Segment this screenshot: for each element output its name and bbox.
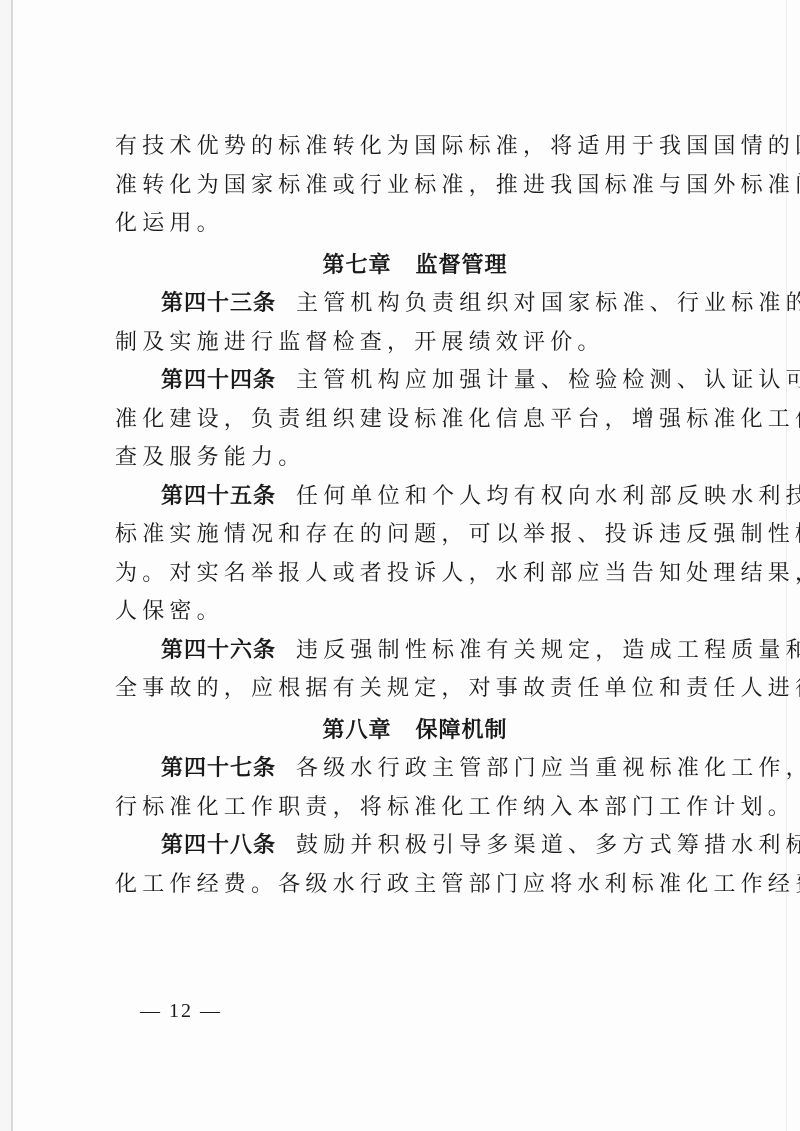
article-first-line: 第四十六条违反强制性标准有关规定，造成工程质量和安 [115, 632, 715, 671]
article-text: 各级水行政主管部门应当重视标准化工作，履 [296, 756, 800, 781]
article-number: 第四十五条 [161, 484, 276, 509]
article-line: 化工作经费。各级水行政主管部门应将水利标准化工作经费纳入 [115, 866, 715, 905]
page-number: — 12 — [140, 1000, 222, 1023]
article-line: 查及服务能力。 [115, 439, 715, 478]
chapter-number: 第七章 [322, 253, 391, 278]
chapter-title: 保障机制 [416, 718, 508, 743]
article-line: 为。对实名举报人或者投诉人，水利部应当告知处理结果，为举报 [115, 555, 715, 594]
article-first-line: 第四十四条主管机构应加强计量、检验检测、认证认可的标 [115, 362, 715, 401]
chapter-heading: 第七章监督管理 [115, 247, 715, 286]
chapter-heading: 第八章保障机制 [115, 712, 715, 751]
scan-margin [0, 0, 11, 1131]
paragraph-line: 有技术优势的标准转化为国际标准，将适用于我国国情的国际标 [115, 128, 715, 167]
page-left-edge [11, 0, 13, 1131]
article-number: 第四十四条 [161, 368, 276, 393]
article-text: 违反强制性标准有关规定，造成工程质量和安 [296, 638, 800, 663]
article-line: 标准实施情况和存在的问题，可以举报、投诉违反强制性标准的行 [115, 516, 715, 555]
article-line: 行标准化工作职责，将标准化工作纳入本部门工作计划。 [115, 789, 715, 828]
chapter-title: 监督管理 [416, 253, 508, 278]
article-text: 主管机构应加强计量、检验检测、认证认可的标 [296, 368, 800, 393]
article-line: 人保密。 [115, 593, 715, 632]
article-first-line: 第四十三条主管机构负责组织对国家标准、行业标准的编 [115, 285, 715, 324]
article-number: 第四十六条 [161, 638, 276, 663]
article-text: 主管机构负责组织对国家标准、行业标准的编 [296, 291, 800, 316]
article-first-line: 第四十八条鼓励并积极引导多渠道、多方式筹措水利标准 [115, 827, 715, 866]
article-number: 第四十八条 [161, 833, 276, 858]
document-body: 有技术优势的标准转化为国际标准，将适用于我国国情的国际标 准转化为国家标准或行业… [115, 128, 715, 904]
chapter-number: 第八章 [322, 718, 391, 743]
article-first-line: 第四十七条各级水行政主管部门应当重视标准化工作，履 [115, 750, 715, 789]
article-text: 鼓励并积极引导多渠道、多方式筹措水利标准 [296, 833, 800, 858]
article-line: 全事故的，应根据有关规定，对事故责任单位和责任人进行追责。 [115, 670, 715, 709]
article-text: 任何单位和个人均有权向水利部反映水利技术 [296, 484, 800, 509]
paragraph-line: 准转化为国家标准或行业标准，推进我国标准与国外标准间的转 [115, 167, 715, 206]
article-number: 第四十七条 [161, 756, 276, 781]
article-number: 第四十三条 [161, 291, 276, 316]
article-line: 制及实施进行监督检查，开展绩效评价。 [115, 324, 715, 363]
document-page: 有技术优势的标准转化为国际标准，将适用于我国国情的国际标 准转化为国家标准或行业… [0, 0, 800, 1131]
article-first-line: 第四十五条任何单位和个人均有权向水利部反映水利技术 [115, 478, 715, 517]
paragraph-line: 化运用。 [115, 205, 715, 244]
article-line: 准化建设，负责组织建设标准化信息平台，增强标准化工作监督检 [115, 401, 715, 440]
